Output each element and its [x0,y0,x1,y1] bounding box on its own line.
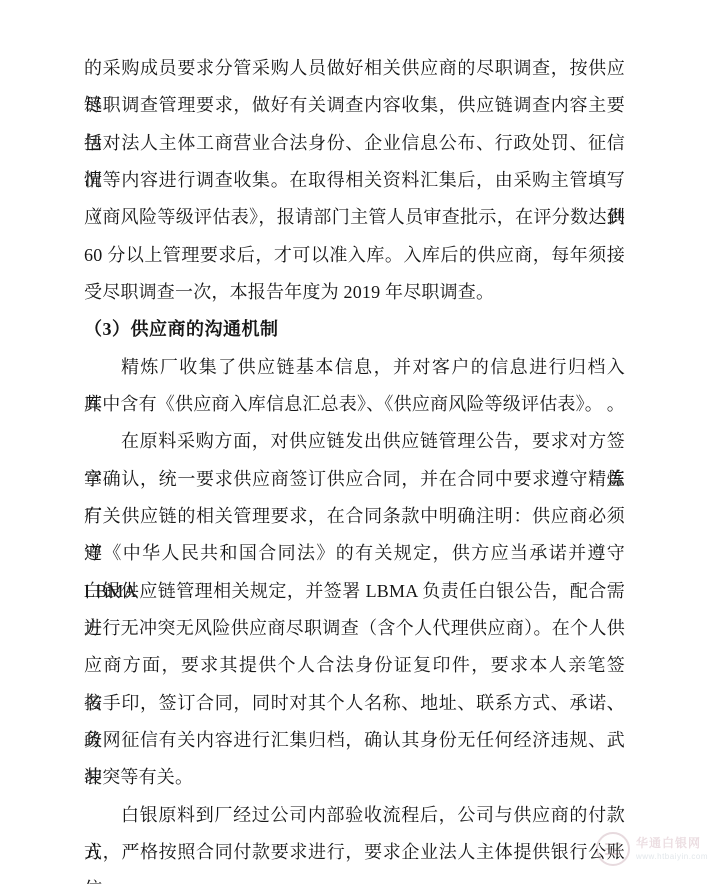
text-line: 的采购成员要求分管采购人员做好相关供应商的尽职调查，按供应链 [84,50,625,87]
text-line: 括对法人主体工商营业合法身份、企业信息公布、行政处罚、征信情 [84,125,625,162]
text-line: 在原料采购方面，对供应链发出供应链管理公告，要求对方签字盖 [84,423,625,460]
text-line: 进行无冲突无风险供应商尽职调查（含个人代理供应商）。在个人供 [84,610,625,647]
text-line: 尽职调查管理要求，做好有关调查内容收集，供应链调查内容主要包 [84,87,625,124]
text-line: 精炼厂收集了供应链基本信息，并对客户的信息进行归档入库。 [84,349,625,386]
text-line: 受尽职调查一次，本报告年度为 2019 年尽职调查。 [84,274,625,311]
watermark-url-text: www.htbaiyin.com [636,852,708,862]
text-line: 冲突等有关。 [84,759,625,796]
document-page: 的采购成员要求分管采购人员做好相关供应商的尽职调查，按供应链尽职调查管理要求，做… [0,0,709,884]
text-line: 应商风险等级评估表》，报请部门主管人员审查批示，在评分数达到 [84,199,625,236]
text-line: 其中含有《供应商入库信息汇总表》、《供应商风险等级评估表》。 [84,386,625,423]
text-line: 60 分以上管理要求后，才可以准入库。入库后的供应商，每年须接 [84,237,625,274]
text-line: 按手印，签订合同，同时对其个人名称、地址、联系方式、承诺、政 [84,685,625,722]
text-line: 务网征信有关内容进行汇集归档，确认其身份无任何经济违规、武装 [84,722,625,759]
section-heading: （3）供应商的沟通机制 [84,311,625,348]
watermark-brand-text: 华通白银网 [636,836,708,850]
text-line: 应商方面，要求其提供个人合法身份证复印件，要求本人亲笔签名、 [84,647,625,684]
document-body: 的采购成员要求分管采购人员做好相关供应商的尽职调查，按供应链尽职调查管理要求，做… [84,50,625,871]
text-line: 白银供应链管理相关规定，并签署 LBMA 负责任白银公告，配合需方 [84,573,625,610]
text-line: 章确认，统一要求供应商签订供应合同，并在合同中要求遵守精炼厂 [84,461,625,498]
text-line: 白银原料到厂经过公司内部验收流程后，公司与供应商的付款方 [84,797,625,834]
text-line: 况等内容进行调查收集。在取得相关资料汇集后，由采购主管填写《供 [84,162,625,199]
text-line: 守《中华人民共和国合同法》的有关规定，供方应当承诺并遵守 LBMA [84,535,625,572]
watermark-text-group: 华通白银网 www.htbaiyin.com [636,832,708,862]
text-line: 有关供应链的相关管理要求，在合同条款中明确注明：供应商必须遵 [84,498,625,535]
text-line: 式，严格按照合同付款要求进行，要求企业法人主体提供银行公账信 [84,834,625,871]
